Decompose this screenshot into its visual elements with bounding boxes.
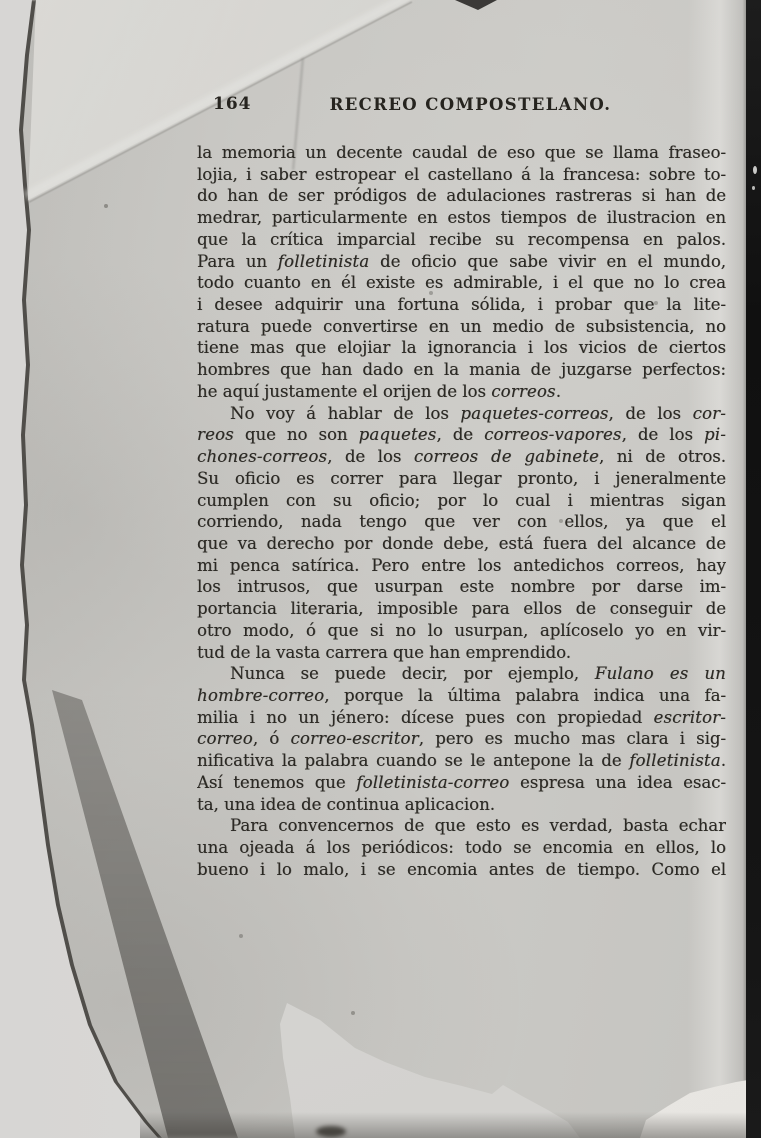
text-segment: espresa una idea esac-: [509, 773, 726, 792]
text-segment: ratura puede convertirse en un medio de …: [197, 317, 726, 336]
text-line: milia i no un jénero: dícese pues con pr…: [197, 707, 726, 729]
text-segment: hombres que han dado en la mania de juzg…: [197, 360, 726, 379]
italic-text-segment: folletinista: [278, 252, 370, 271]
scanned-book-page: 164 RECREO COMPOSTELANO. la memoria un d…: [0, 0, 761, 1138]
text-line: i desee adquirir una fortuna sólida, i p…: [197, 294, 726, 316]
text-segment: , de los: [327, 447, 414, 466]
text-segment: que la crítica imparcial recibe su recom…: [197, 230, 726, 249]
text-line: ta, una idea de continua aplicacion.: [197, 794, 726, 816]
text-line: todo cuanto en él existe es admirable, i…: [197, 272, 726, 294]
bottom-scan-shadow: [140, 1112, 761, 1138]
text-line: bueno i lo malo, i se encomia antes de t…: [197, 859, 726, 881]
text-segment: , de los: [609, 404, 693, 423]
text-line: Su oficio es correr para llegar pronto, …: [197, 468, 726, 490]
text-segment: que va derecho por donde debe, está fuer…: [197, 534, 726, 553]
text-line: los intrusos, que usurpan este nombre po…: [197, 576, 726, 598]
text-line: Así tenemos que folletinista-correo espr…: [197, 772, 726, 794]
ink-blot: [316, 1126, 346, 1137]
italic-text-segment: cor-: [693, 404, 726, 423]
text-segment: Para un: [197, 252, 278, 271]
italic-text-segment: chones-correos: [197, 447, 327, 466]
italic-text-segment: paquetes: [359, 425, 437, 444]
text-segment: corriendo, nada tengo que ver con ellos,…: [197, 512, 726, 531]
text-line: No voy á hablar de los paquetes-correos,…: [197, 403, 726, 425]
text-segment: Así tenemos que: [197, 773, 356, 792]
text-line: tud de la vasta carrera que han emprendi…: [197, 642, 726, 664]
text-segment: milia i no un jénero: dícese pues con pr…: [197, 708, 654, 727]
text-line: otro modo, ó que si no lo usurpan, aplíc…: [197, 620, 726, 642]
text-line: he aquí justamente el orijen de los corr…: [197, 381, 726, 403]
text-line: nificativa la palabra cuando se le antep…: [197, 750, 726, 772]
italic-text-segment: paquetes-correos: [460, 404, 608, 423]
text-segment: cumplen con su oficio; por lo cual i mie…: [197, 491, 726, 510]
italic-text-segment: correos: [491, 382, 556, 401]
text-segment: , de: [436, 425, 484, 444]
text-line: do han de ser pródigos de adulaciones ra…: [197, 185, 726, 207]
italic-text-segment: hombre-correo: [197, 686, 324, 705]
italic-text-segment: reos: [197, 425, 234, 444]
text-line: tiene mas que elojiar la ignorancia i lo…: [197, 337, 726, 359]
text-segment: bueno i lo malo, i se encomia antes de t…: [197, 860, 726, 879]
text-line: hombre-correo, porque la última palabra …: [197, 685, 726, 707]
strip-speck: [752, 186, 755, 190]
text-line: Nunca se puede decir, por ejemplo, Fulan…: [197, 663, 726, 685]
paper-specks: [0, 0, 2, 2]
text-segment: los intrusos, que usurpan este nombre po…: [197, 577, 726, 596]
italic-text-segment: correos-vapores: [484, 425, 621, 444]
text-segment: portancia literaria, imposible para ello…: [197, 599, 726, 618]
text-segment: , pero es mucho mas clara i sig-: [419, 729, 726, 748]
text-segment: todo cuanto en él existe es admirable, i…: [197, 273, 726, 292]
strip-speck: [753, 166, 757, 174]
text-line: que la crítica imparcial recibe su recom…: [197, 229, 726, 251]
text-line: una ojeada á los periódicos: todo se enc…: [197, 837, 726, 859]
text-segment: tud de la vasta carrera que han emprendi…: [197, 643, 571, 662]
text-line: reos que no son paquetes, de correos-vap…: [197, 424, 726, 446]
text-line: correo, ó correo-escritor, pero es mucho…: [197, 728, 726, 750]
text-segment: otro modo, ó que si no lo usurpan, aplíc…: [197, 621, 726, 640]
text-segment: , ó: [253, 729, 291, 748]
text-segment: que no son: [234, 425, 359, 444]
text-line: portancia literaria, imposible para ello…: [197, 598, 726, 620]
text-segment: la memoria un decente caudal de eso que …: [197, 143, 726, 162]
text-segment: Su oficio es correr para llegar pronto, …: [197, 469, 726, 488]
text-segment: Para convencernos de que esto es verdad,…: [230, 816, 726, 835]
text-line: lojia, i saber estropear el castellano á…: [197, 164, 726, 186]
text-segment: , ni de otros.: [599, 447, 726, 466]
text-block: la memoria un decente caudal de eso que …: [197, 142, 726, 880]
running-header: 164 RECREO COMPOSTELANO.: [197, 94, 726, 118]
text-segment: No voy á hablar de los: [230, 404, 460, 423]
italic-text-segment: correo: [197, 729, 253, 748]
text-segment: he aquí justamente el orijen de los: [197, 382, 491, 401]
text-line: Para convencernos de que esto es verdad,…: [197, 815, 726, 837]
text-line: ratura puede convertirse en un medio de …: [197, 316, 726, 338]
text-segment: una ojeada á los periódicos: todo se enc…: [197, 838, 726, 857]
text-segment: i desee adquirir una fortuna sólida, i p…: [197, 295, 726, 314]
italic-text-segment: correo-escritor: [290, 729, 418, 748]
text-line: medrar, particularmente en estos tiempos…: [197, 207, 726, 229]
text-segment: lojia, i saber estropear el castellano á…: [197, 165, 726, 184]
text-segment: .: [556, 382, 561, 401]
text-segment: de oficio que sabe vivir en el mundo,: [369, 252, 726, 271]
text-line: chones-correos, de los correos de gabine…: [197, 446, 726, 468]
text-segment: ta, una idea de continua aplicacion.: [197, 795, 495, 814]
text-segment: , de los: [622, 425, 704, 444]
text-segment: do han de ser pródigos de adulaciones ra…: [197, 186, 726, 205]
italic-text-segment: escritor-: [654, 708, 726, 727]
text-line: corriendo, nada tengo que ver con ellos,…: [197, 511, 726, 533]
text-line: cumplen con su oficio; por lo cual i mie…: [197, 490, 726, 512]
text-line: mi penca satírica. Pero entre los antedi…: [197, 555, 726, 577]
text-segment: , porque la última palabra indica una fa…: [324, 686, 726, 705]
italic-text-segment: folletinista-correo: [356, 773, 509, 792]
text-line: que va derecho por donde debe, está fuer…: [197, 533, 726, 555]
text-line: la memoria un decente caudal de eso que …: [197, 142, 726, 164]
italic-text-segment: pi-: [704, 425, 726, 444]
text-segment: mi penca satírica. Pero entre los antedi…: [197, 556, 726, 575]
italic-text-segment: correos de gabinete: [414, 447, 599, 466]
text-segment: nificativa la palabra cuando se le antep…: [197, 751, 629, 770]
text-line: Para un folletinista de oficio que sabe …: [197, 251, 726, 273]
italic-text-segment: Fulano es un: [595, 664, 726, 683]
header-title: RECREO COMPOSTELANO.: [197, 95, 726, 114]
italic-text-segment: folletinista: [629, 751, 721, 770]
text-line: hombres que han dado en la mania de juzg…: [197, 359, 726, 381]
text-segment: tiene mas que elojiar la ignorancia i lo…: [197, 338, 726, 357]
text-segment: .: [721, 751, 726, 770]
text-segment: Nunca se puede decir, por ejemplo,: [230, 664, 595, 683]
text-segment: medrar, particularmente en estos tiempos…: [197, 208, 726, 227]
